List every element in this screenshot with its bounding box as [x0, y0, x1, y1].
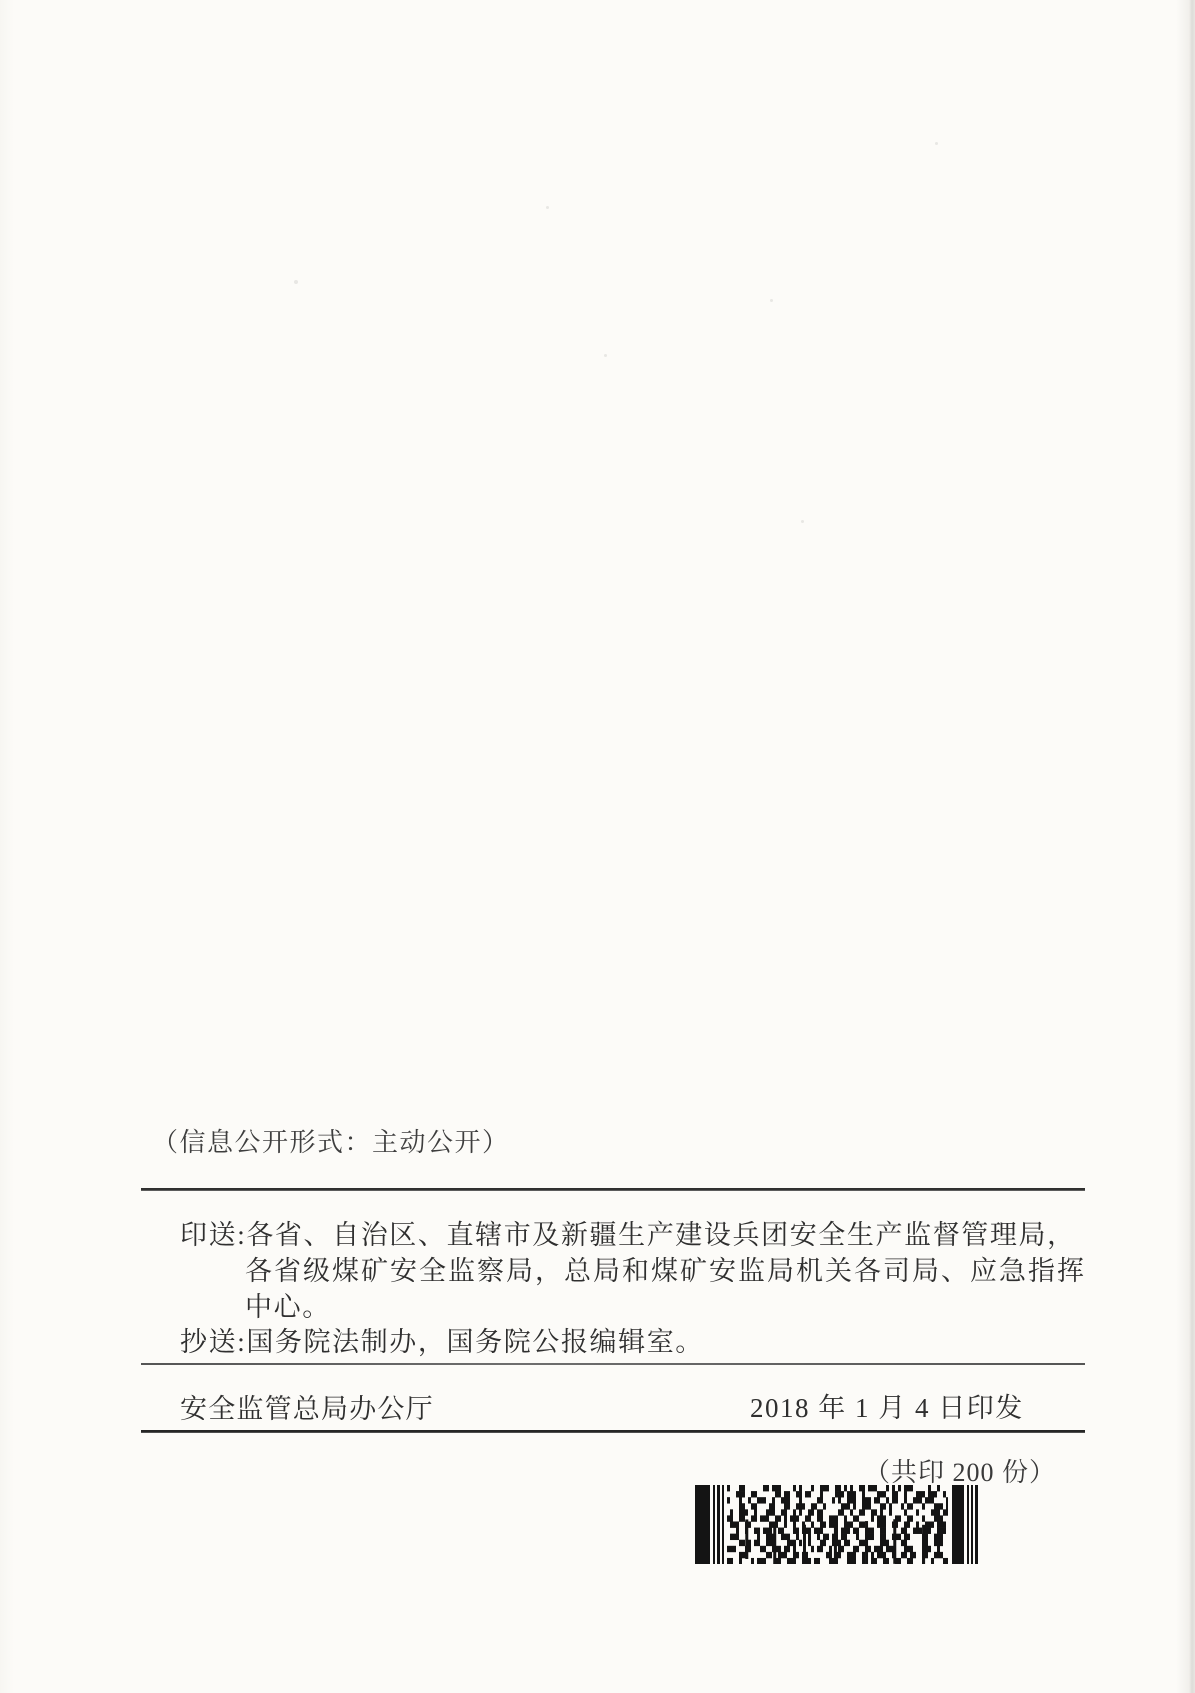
disclosure-note: （信息公开形式：主动公开）: [152, 1122, 510, 1159]
distribution-cc-line: 抄送:国务院法制办，国务院公报编辑室。: [180, 1320, 704, 1359]
paper-speck: [770, 299, 773, 302]
pdf417-barcode-icon: [695, 1485, 979, 1564]
separator-rule-middle: [141, 1363, 1085, 1365]
distribution-line-1: 印送:各省、自治区、直辖市及新疆生产建设兵团安全生产监督管理局，: [180, 1213, 1076, 1252]
distribution-cc-label: 抄送:: [180, 1327, 246, 1357]
print-date: 2018 年 1 月 4 日印发: [750, 1386, 1024, 1425]
copies-note: （共印 200 份）: [864, 1452, 1056, 1489]
distribution-cc-text: 国务院法制办，国务院公报编辑室。: [246, 1327, 704, 1357]
paper-speck: [604, 354, 607, 357]
paper-speck: [801, 520, 804, 523]
distribution-line-2: 各省级煤矿安全监察局，总局和煤矿安监局机关各司局、应急指挥: [245, 1249, 1086, 1288]
scanned-document-page: （信息公开形式：主动公开） 印送:各省、自治区、直辖市及新疆生产建设兵团安全生产…: [0, 0, 1195, 1693]
separator-rule-bottom: [141, 1430, 1085, 1433]
distribution-print-text-1: 各省、自治区、直辖市及新疆生产建设兵团安全生产监督管理局，: [246, 1220, 1075, 1250]
distribution-line-3: 中心。: [245, 1285, 331, 1324]
paper-speck: [935, 142, 938, 145]
issuing-office: 安全监管总局办公厅: [180, 1387, 434, 1426]
separator-rule-top: [141, 1188, 1085, 1191]
paper-speck: [294, 280, 298, 284]
paper-speck: [546, 206, 549, 209]
distribution-print-label: 印送:: [180, 1220, 246, 1250]
